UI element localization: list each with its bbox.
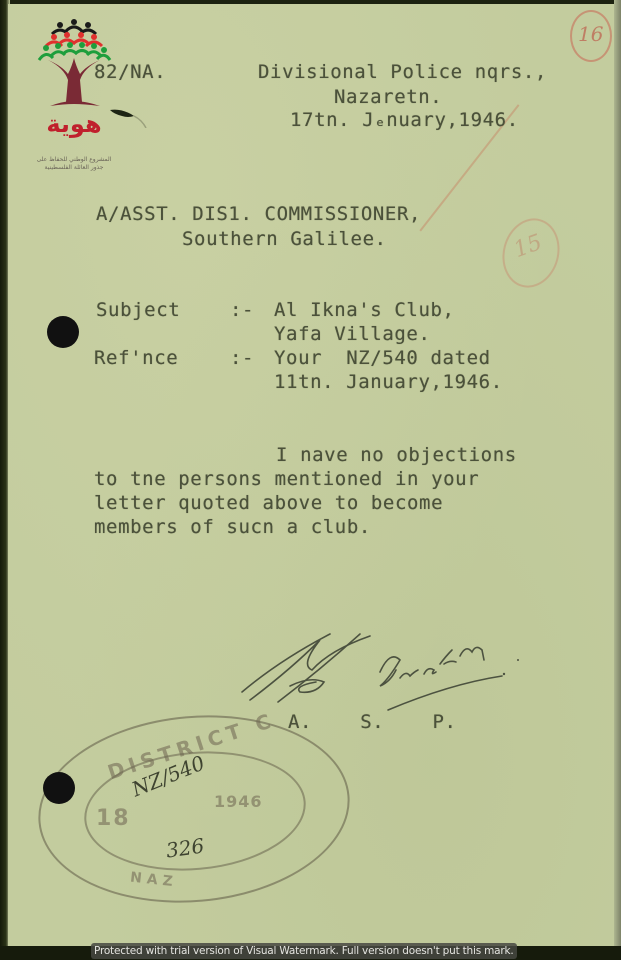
handwritten-signature — [220, 620, 520, 720]
logo-title: هوية — [36, 110, 112, 138]
letter-date: 17tn. Jₑnuary,1946. — [290, 108, 519, 132]
body-line-1: I nave no objections — [276, 443, 517, 467]
reference-line-2: 11tn. January,1946. — [274, 370, 503, 394]
reference-separator: :- — [230, 346, 254, 370]
paper-tear-mark — [108, 106, 148, 128]
sender-line-2: Nazaretn. — [334, 85, 442, 109]
body-line-3: letter quoted above to become — [94, 491, 443, 515]
reference-label: Ref'nce — [94, 346, 178, 370]
scan-edge-right — [614, 0, 621, 960]
stamp-year: 1946 — [214, 792, 263, 811]
signature-title: A. S. P. — [288, 710, 457, 734]
subject-separator: :- — [230, 298, 254, 322]
sender-line-1: Divisional Police nqrs., — [258, 60, 547, 84]
hawiya-logo: هوية المشروع الوطني للحفاظ على جذور العا… — [36, 18, 116, 178]
addressee-line-1: A/ASST. DIS1. COMMISSIONER, — [96, 202, 421, 226]
logo-subtitle-line-1: المشروع الوطني للحفاظ على — [32, 156, 116, 164]
reference-line-1: Your NZ/540 dated — [274, 346, 491, 370]
punch-hole-top — [47, 316, 79, 348]
subject-label: Subject — [96, 298, 180, 322]
logo-subtitle: المشروع الوطني للحفاظ على جذور العائلة ا… — [32, 156, 116, 172]
body-line-2: to tne persons mentioned in your — [94, 467, 479, 491]
reference-number: 82/NA. — [94, 60, 166, 84]
stamp-date-day: 18 — [96, 806, 131, 831]
punch-hole-bottom — [43, 772, 75, 804]
subject-line-2: Yafa Village. — [274, 322, 431, 346]
watermark-banner: Protected with trial version of Visual W… — [91, 943, 517, 959]
logo-subtitle-line-2: جذور العائلة الفلسطينية — [32, 164, 116, 172]
page-number: 16 — [578, 22, 603, 46]
addressee-line-2: Southern Galilee. — [182, 227, 387, 251]
body-line-4: members of sucn a club. — [94, 515, 371, 539]
subject-line-1: Al Ikna's Club, — [274, 298, 455, 322]
